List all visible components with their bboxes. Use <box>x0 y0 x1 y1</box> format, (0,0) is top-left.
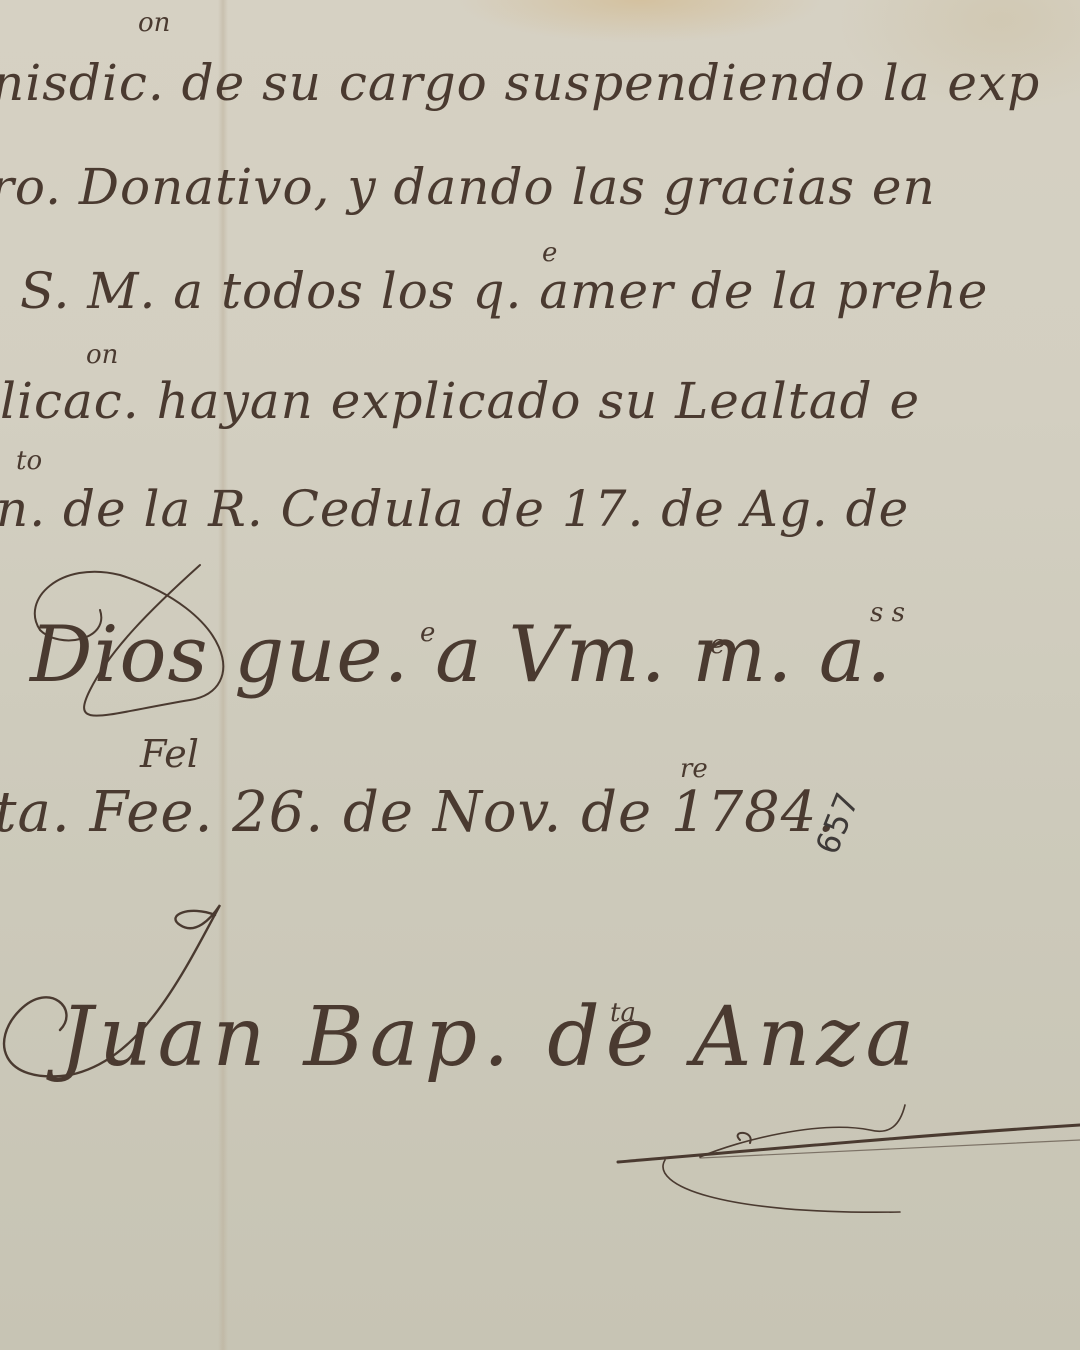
text-line-4: licac. hayan explicado su Lealtad e <box>0 372 920 430</box>
closing-line: Dios gue. a Vm. m. a. <box>30 610 892 700</box>
place-superscript: Fel <box>140 732 199 776</box>
signature: Juan Bap. de Anza <box>60 990 920 1085</box>
superscript-on-1: on <box>138 8 170 38</box>
date-line: ta. Fee. 26. de Nov. de 1784. <box>0 780 836 845</box>
text-line-5: n. de la R. Cedula de 17. de Ag. de <box>0 480 909 538</box>
superscript-on-4: on <box>86 340 118 370</box>
text-line-1: nisdic. de su cargo suspendiendo la exp <box>0 54 1040 112</box>
text-line-2: ro. Donativo, y dando las gracias en <box>0 158 936 216</box>
text-line-3: S. M. a todos los q. amer de la prehe <box>20 262 988 320</box>
superscript-to: to <box>16 446 42 476</box>
